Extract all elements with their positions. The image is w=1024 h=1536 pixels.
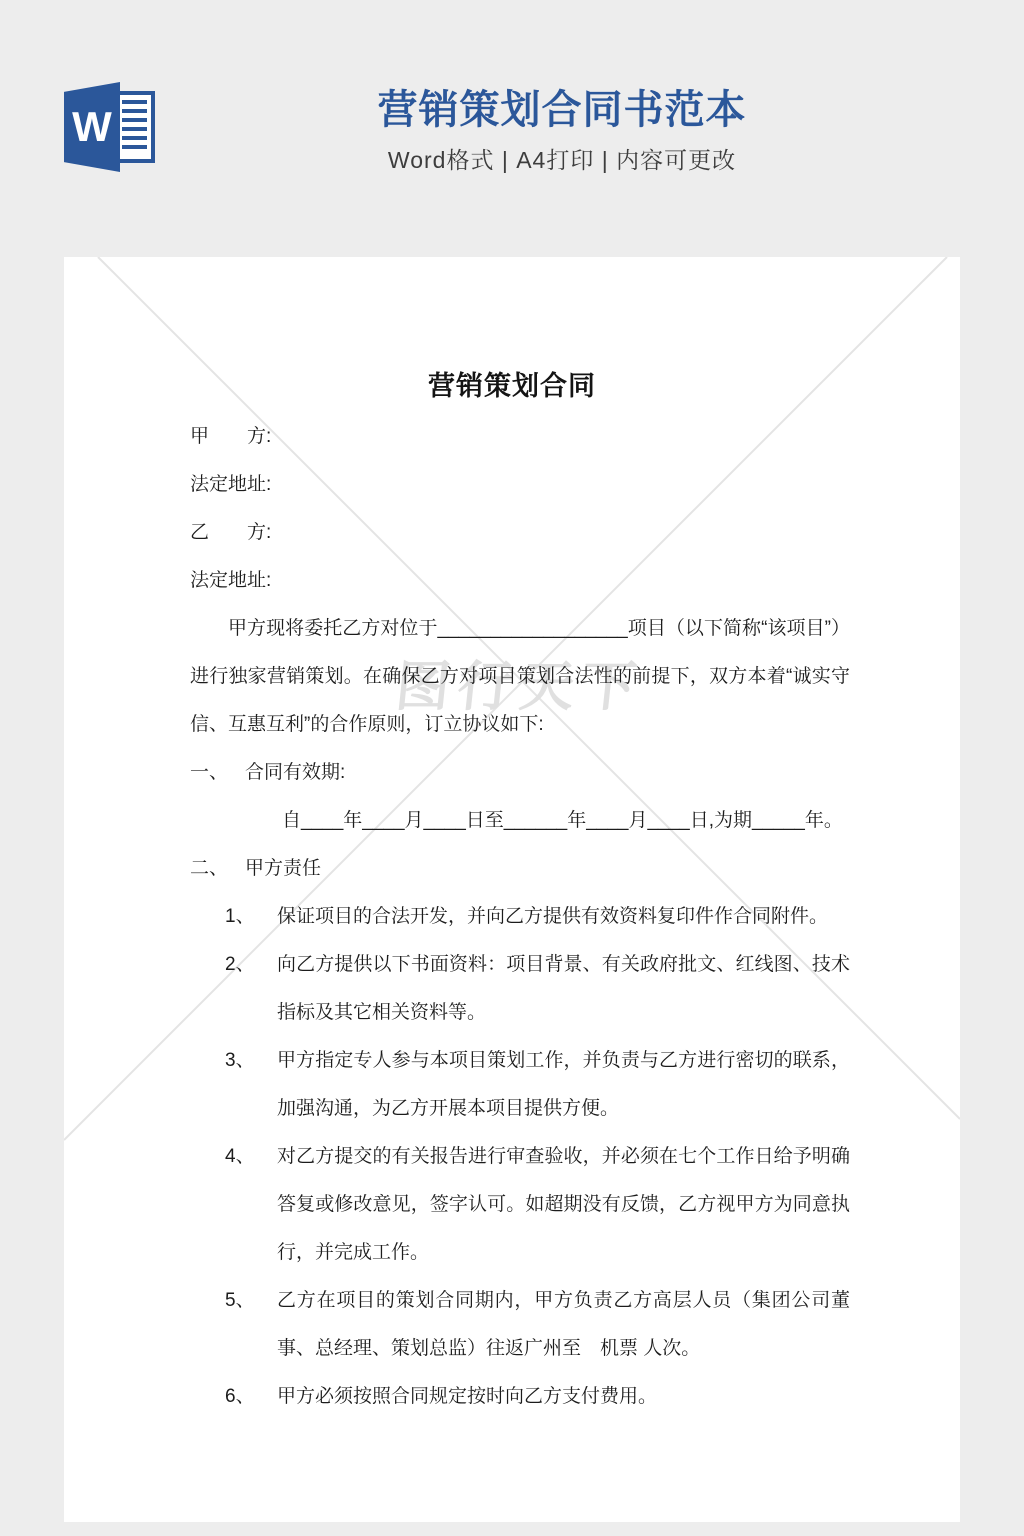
header-text-block: 营销策划合同书范本 Word格式 | A4打印 | 内容可更改 bbox=[0, 86, 1024, 175]
document-sheet: 图行天下 营销策划合同 甲 方: 法定地址: 乙 方: 法定地址: 甲方现将委托… bbox=[64, 257, 960, 1522]
list-item-number: 6、 bbox=[225, 1373, 277, 1421]
list-item-text: 保证项目的合法开发，并向乙方提供有效资料复印件作合同附件。 bbox=[277, 893, 850, 941]
list-item: 2、 向乙方提供以下书面资料：项目背景、有关政府批文、红线图、技术指标及其它相关… bbox=[190, 941, 850, 1037]
list-item: 4、 对乙方提交的有关报告进行审查验收，并必须在七个工作日给予明确答复或修改意见… bbox=[190, 1133, 850, 1277]
party-a-address-line: 法定地址: bbox=[190, 461, 850, 509]
list-item-number: 5、 bbox=[225, 1277, 277, 1373]
section-2-heading: 二、 甲方责任 bbox=[190, 845, 850, 893]
template-preview-page: { "colors": { "background": "#ededed", "… bbox=[0, 0, 1024, 1536]
template-subtitle: Word格式 | A4打印 | 内容可更改 bbox=[100, 142, 1024, 175]
section-1-title: 合同有效期: bbox=[245, 749, 345, 797]
section-2-marker: 二、 bbox=[190, 845, 245, 893]
intro-paragraph: 甲方现将委托乙方对位于__________________项目（以下简称“该项目… bbox=[190, 605, 850, 749]
party-a-line: 甲 方: bbox=[190, 413, 850, 461]
party-b-line: 乙 方: bbox=[190, 509, 850, 557]
header: W 营销策划合同书范本 Word格式 | A4打印 | 内容可更改 bbox=[0, 0, 1024, 257]
party-b-address-line: 法定地址: bbox=[190, 557, 850, 605]
list-item-number: 3、 bbox=[225, 1037, 277, 1133]
list-item: 3、 甲方指定专人参与本项目策划工作，并负责与乙方进行密切的联系，加强沟通，为乙… bbox=[190, 1037, 850, 1133]
section-1-marker: 一、 bbox=[190, 749, 245, 797]
list-item: 5、 乙方在项目的策划合同期内，甲方负责乙方高层人员（集团公司董事、总经理、策划… bbox=[190, 1277, 850, 1373]
contract-title: 营销策划合同 bbox=[64, 257, 960, 403]
list-item-number: 2、 bbox=[225, 941, 277, 1037]
list-item-text: 对乙方提交的有关报告进行审查验收，并必须在七个工作日给予明确答复或修改意见，签字… bbox=[277, 1133, 850, 1277]
section-1-heading: 一、 合同有效期: bbox=[190, 749, 850, 797]
list-item-text: 甲方必须按照合同规定按时向乙方支付费用。 bbox=[277, 1373, 850, 1421]
section-2-title: 甲方责任 bbox=[245, 845, 321, 893]
list-item: 1、 保证项目的合法开发，并向乙方提供有效资料复印件作合同附件。 bbox=[190, 893, 850, 941]
list-item-text: 甲方指定专人参与本项目策划工作，并负责与乙方进行密切的联系，加强沟通，为乙方开展… bbox=[277, 1037, 850, 1133]
contract-body: 甲 方: 法定地址: 乙 方: 法定地址: 甲方现将委托乙方对位于_______… bbox=[190, 413, 850, 1421]
list-item: 6、 甲方必须按照合同规定按时向乙方支付费用。 bbox=[190, 1373, 850, 1421]
list-item-text: 乙方在项目的策划合同期内，甲方负责乙方高层人员（集团公司董事、总经理、策划总监）… bbox=[277, 1277, 850, 1373]
list-item-number: 4、 bbox=[225, 1133, 277, 1277]
list-item-text: 向乙方提供以下书面资料：项目背景、有关政府批文、红线图、技术指标及其它相关资料等… bbox=[277, 941, 850, 1037]
contract-period-blank-line: 自____年____月____日至______年____月____日,为期___… bbox=[190, 797, 850, 845]
list-item-number: 1、 bbox=[225, 893, 277, 941]
template-title: 营销策划合同书范本 bbox=[100, 86, 1024, 134]
